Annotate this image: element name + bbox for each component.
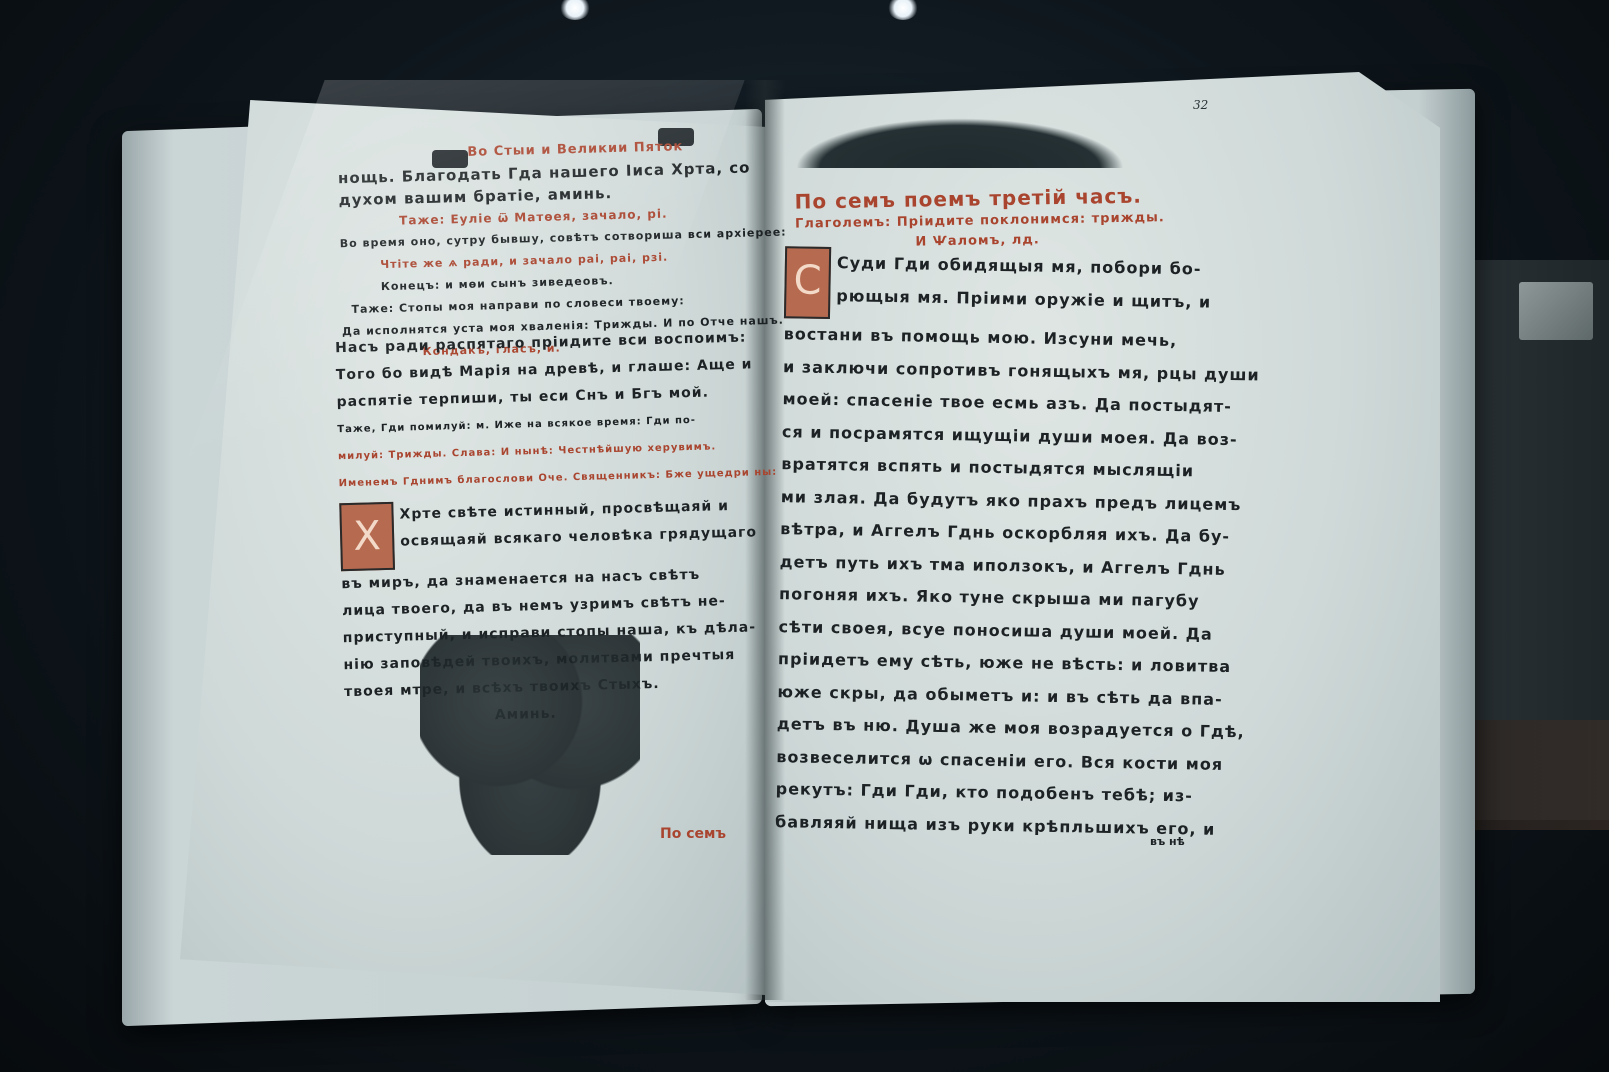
open-book: Во Стыи и Великии Пяток нощь. Благодать … bbox=[0, 0, 1609, 1072]
folio-number: 32 bbox=[1193, 98, 1208, 112]
catchword: въ нѣ bbox=[1150, 835, 1185, 848]
ornamental-headpiece-icon bbox=[795, 118, 1125, 168]
catchword: По семъ bbox=[660, 826, 726, 842]
ornamental-tailpiece-icon bbox=[420, 635, 640, 855]
right-page-body: С Суди Гди обидящыя мя, побори бо- рющыя… bbox=[775, 246, 1225, 846]
text-line: рющыя мя. Пріими оружіе и щитъ, и bbox=[784, 279, 1225, 319]
drop-cap: С bbox=[784, 246, 831, 319]
right-page-heading: По семъ поемъ третій часъ. Глаголемъ: Пр… bbox=[794, 181, 1215, 254]
